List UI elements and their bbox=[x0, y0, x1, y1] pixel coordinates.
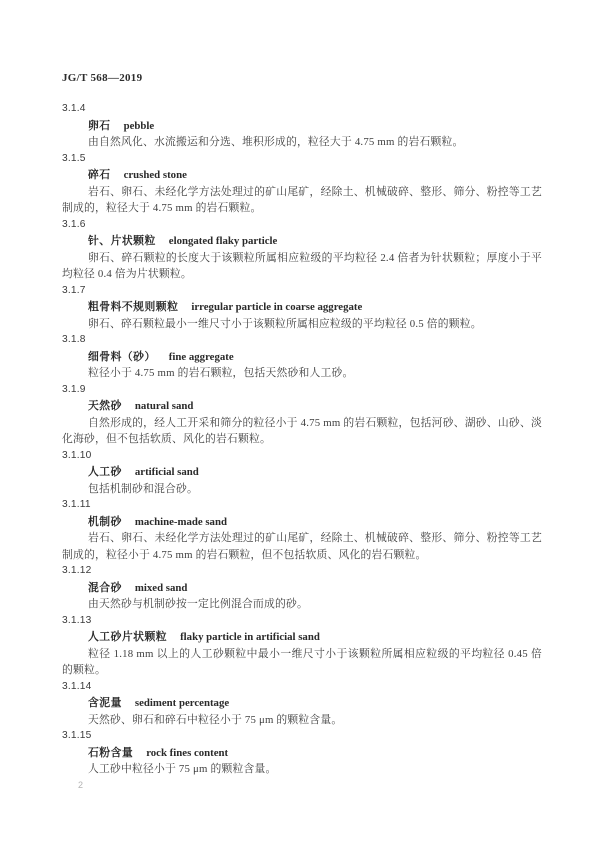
term-definition: 人工砂中粒径小于 75 μm 的颗粒含量。 bbox=[62, 761, 542, 778]
term-chinese: 人工砂 bbox=[88, 466, 122, 478]
clause-number: 3.1.9 bbox=[62, 382, 542, 399]
clause-number: 3.1.10 bbox=[62, 448, 542, 465]
clause-number: 3.1.11 bbox=[62, 497, 542, 514]
term-entry: 3.1.8 细骨料（砂）fine aggregate 粒径小于 4.75 mm … bbox=[62, 332, 542, 382]
term-english: pebble bbox=[124, 120, 155, 132]
term-entry: 3.1.12 混合砂mixed sand 由天然砂与机制砂按一定比例混合而成的砂… bbox=[62, 563, 542, 613]
term-english: flaky particle in artificial sand bbox=[180, 631, 320, 643]
term-entry: 3.1.7 粗骨料不规则颗粒irregular particle in coar… bbox=[62, 283, 542, 333]
term-definition: 天然砂、卵石和碎石中粒径小于 75 μm 的颗粒含量。 bbox=[62, 712, 542, 729]
term-line: 石粉含量rock fines content bbox=[62, 745, 542, 762]
clause-number: 3.1.8 bbox=[62, 332, 542, 349]
standard-code-header: JG/T 568—2019 bbox=[62, 70, 542, 87]
term-english: irregular particle in coarse aggregate bbox=[191, 301, 362, 313]
clause-number: 3.1.13 bbox=[62, 613, 542, 630]
term-line: 机制砂machine-made sand bbox=[62, 514, 542, 531]
term-entry: 3.1.15 石粉含量rock fines content 人工砂中粒径小于 7… bbox=[62, 728, 542, 778]
term-line: 粗骨料不规则颗粒irregular particle in coarse agg… bbox=[62, 299, 542, 316]
term-entry: 3.1.11 机制砂machine-made sand 岩石、卵石、未经化学方法… bbox=[62, 497, 542, 563]
term-definition: 包括机制砂和混合砂。 bbox=[62, 481, 542, 498]
term-chinese: 人工砂片状颗粒 bbox=[88, 631, 167, 643]
clause-number: 3.1.6 bbox=[62, 217, 542, 234]
term-entry: 3.1.13 人工砂片状颗粒flaky particle in artifici… bbox=[62, 613, 542, 679]
term-line: 人工砂片状颗粒flaky particle in artificial sand bbox=[62, 629, 542, 646]
term-chinese: 细骨料（砂） bbox=[88, 351, 156, 363]
term-definition: 卵石、碎石颗粒的长度大于该颗粒所属相应粒级的平均粒径 2.4 倍者为针状颗粒；厚… bbox=[62, 250, 542, 283]
page-number: 2 bbox=[78, 780, 83, 790]
term-line: 卵石pebble bbox=[62, 118, 542, 135]
clause-number: 3.1.12 bbox=[62, 563, 542, 580]
term-definition: 岩石、卵石、未经化学方法处理过的矿山尾矿，经除土、机械破碎、整形、筛分、粉控等工… bbox=[62, 530, 542, 563]
term-english: rock fines content bbox=[146, 747, 228, 759]
clause-number: 3.1.4 bbox=[62, 101, 542, 118]
term-line: 针、片状颗粒elongated flaky particle bbox=[62, 233, 542, 250]
term-english: natural sand bbox=[135, 400, 194, 412]
term-definition: 由天然砂与机制砂按一定比例混合而成的砂。 bbox=[62, 596, 542, 613]
term-definition: 粒径小于 4.75 mm 的岩石颗粒，包括天然砂和人工砂。 bbox=[62, 365, 542, 382]
term-line: 细骨料（砂）fine aggregate bbox=[62, 349, 542, 366]
term-chinese: 机制砂 bbox=[88, 516, 122, 528]
term-entry: 3.1.4 卵石pebble 由自然风化、水流搬运和分选、堆积形成的，粒径大于 … bbox=[62, 101, 542, 151]
term-line: 人工砂artificial sand bbox=[62, 464, 542, 481]
term-chinese: 天然砂 bbox=[88, 400, 122, 412]
term-chinese: 卵石 bbox=[88, 120, 111, 132]
term-english: sediment percentage bbox=[135, 697, 229, 709]
term-entry: 3.1.9 天然砂natural sand 自然形成的，经人工开采和筛分的粒径小… bbox=[62, 382, 542, 448]
term-english: mixed sand bbox=[135, 582, 188, 594]
term-chinese: 含泥量 bbox=[88, 697, 122, 709]
term-line: 天然砂natural sand bbox=[62, 398, 542, 415]
term-entry: 3.1.5 碎石crushed stone 岩石、卵石、未经化学方法处理过的矿山… bbox=[62, 151, 542, 217]
term-definition: 卵石、碎石颗粒最小一维尺寸小于该颗粒所属相应粒级的平均粒径 0.5 倍的颗粒。 bbox=[62, 316, 542, 333]
clause-number: 3.1.15 bbox=[62, 728, 542, 745]
term-chinese: 粗骨料不规则颗粒 bbox=[88, 301, 178, 313]
term-chinese: 针、片状颗粒 bbox=[88, 235, 156, 247]
clause-number: 3.1.14 bbox=[62, 679, 542, 696]
term-english: crushed stone bbox=[124, 169, 187, 181]
term-entry: 3.1.10 人工砂artificial sand 包括机制砂和混合砂。 bbox=[62, 448, 542, 498]
term-english: artificial sand bbox=[135, 466, 199, 478]
term-line: 含泥量sediment percentage bbox=[62, 695, 542, 712]
term-entry: 3.1.14 含泥量sediment percentage 天然砂、卵石和碎石中… bbox=[62, 679, 542, 729]
term-definition: 自然形成的，经人工开采和筛分的粒径小于 4.75 mm 的岩石颗粒，包括河砂、湖… bbox=[62, 415, 542, 448]
term-chinese: 石粉含量 bbox=[88, 747, 133, 759]
term-chinese: 混合砂 bbox=[88, 582, 122, 594]
clause-number: 3.1.5 bbox=[62, 151, 542, 168]
term-english: machine-made sand bbox=[135, 516, 227, 528]
term-english: elongated flaky particle bbox=[169, 235, 278, 247]
term-line: 碎石crushed stone bbox=[62, 167, 542, 184]
term-entry: 3.1.6 针、片状颗粒elongated flaky particle 卵石、… bbox=[62, 217, 542, 283]
document-page: JG/T 568—2019 3.1.4 卵石pebble 由自然风化、水流搬运和… bbox=[0, 0, 600, 849]
term-definition: 粒径 1.18 mm 以上的人工砂颗粒中最小一维尺寸小于该颗粒所属相应粒级的平均… bbox=[62, 646, 542, 679]
term-line: 混合砂mixed sand bbox=[62, 580, 542, 597]
term-definition: 岩石、卵石、未经化学方法处理过的矿山尾矿，经除土、机械破碎、整形、筛分、粉控等工… bbox=[62, 184, 542, 217]
term-english: fine aggregate bbox=[169, 351, 234, 363]
page-content: JG/T 568—2019 3.1.4 卵石pebble 由自然风化、水流搬运和… bbox=[62, 70, 542, 778]
term-definition: 由自然风化、水流搬运和分选、堆积形成的，粒径大于 4.75 mm 的岩石颗粒。 bbox=[62, 134, 542, 151]
term-chinese: 碎石 bbox=[88, 169, 111, 181]
clause-number: 3.1.7 bbox=[62, 283, 542, 300]
